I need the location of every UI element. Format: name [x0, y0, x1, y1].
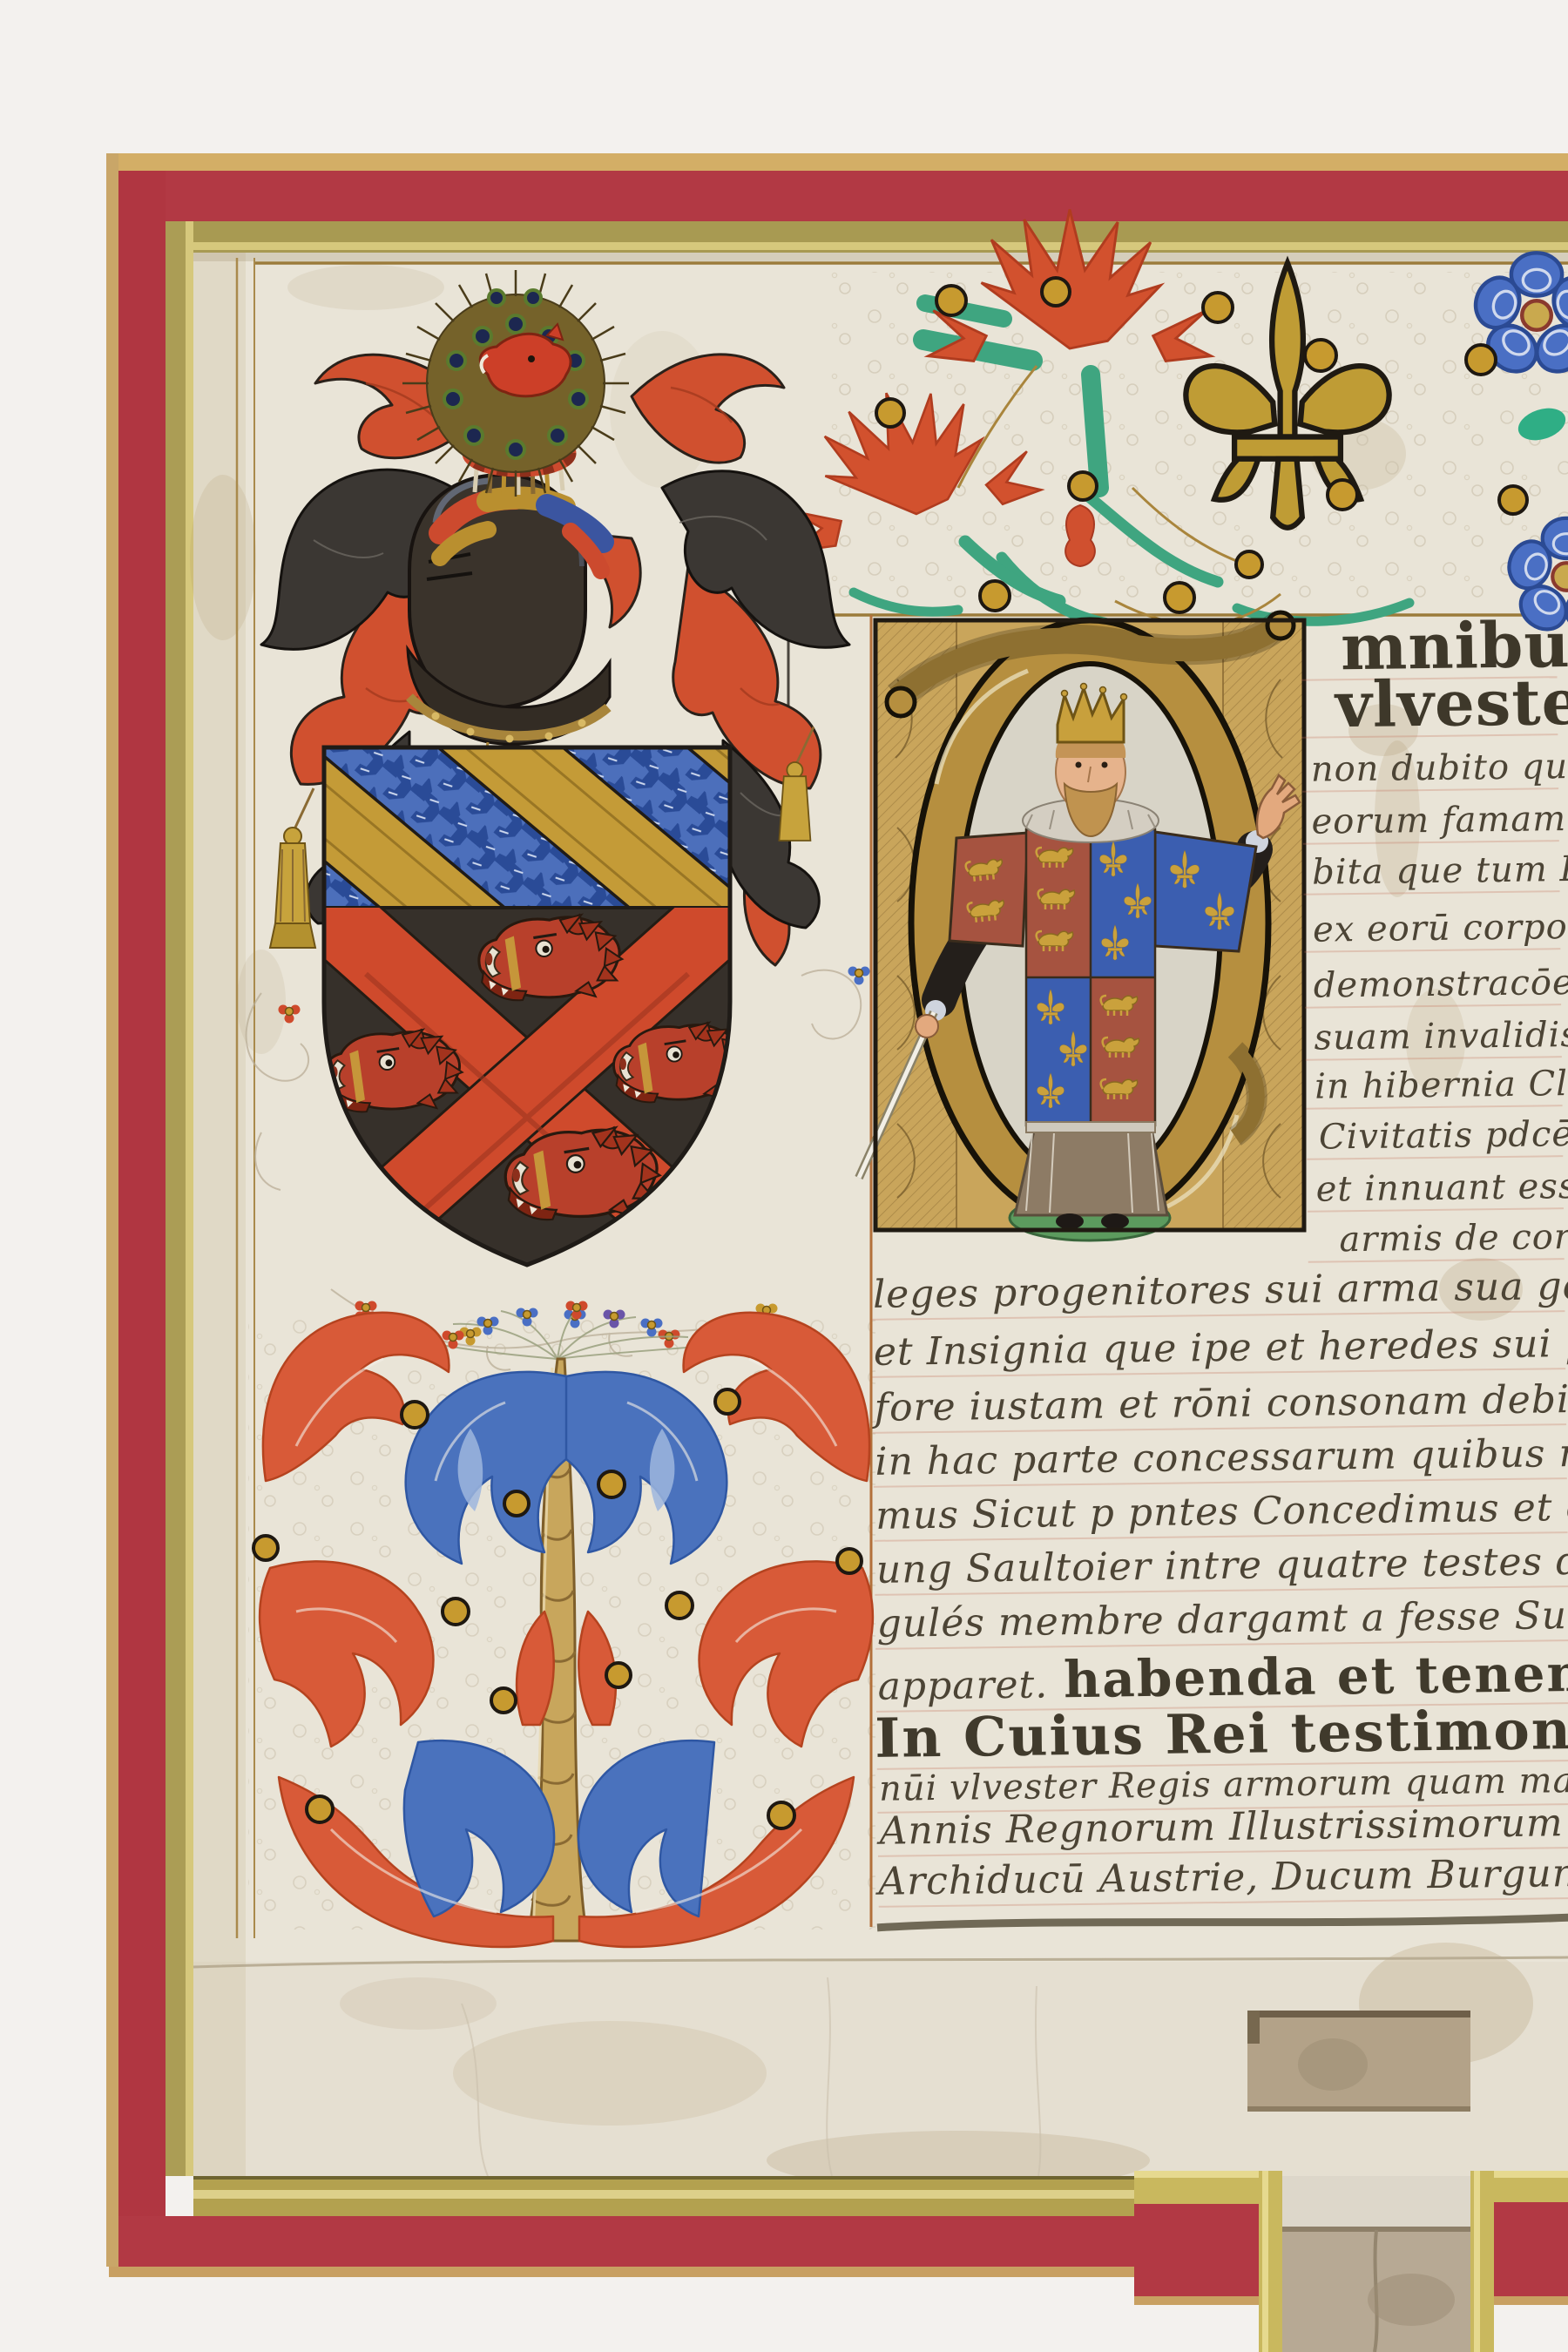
gold-trim-line-bottom: [109, 2267, 1134, 2277]
red-mat-bottom: [118, 2216, 1134, 2267]
gold-trim-line-left: [106, 153, 118, 2277]
white-mat-bottom: [0, 2277, 1134, 2352]
seal-slit: [1247, 2011, 1470, 2112]
fur-robe: [1015, 1119, 1167, 1215]
text-line: In Cuius Rei testimoniumNos: [875, 1695, 1568, 1770]
text-line: eorum famam et: [1311, 798, 1568, 841]
framed-manuscript-photo: mnibuset Si vlvesterp non dubito quo eor…: [0, 0, 1568, 2352]
text-line: vlvesterp: [1333, 664, 1568, 741]
text-line: armis de corall: [1339, 1216, 1568, 1260]
text-line: suam invalidiss: [1314, 1015, 1568, 1058]
text-line: non dubito quo: [1311, 747, 1568, 790]
gold-fillet-left-highlight: [186, 221, 193, 2176]
text-line: ex eorū corpo: [1313, 907, 1568, 950]
gold-fillet-bottom-edge: [193, 2176, 1134, 2180]
gold-trim-line-top: [106, 153, 1568, 171]
acanthus-ornament: [253, 1301, 873, 1947]
lower-aperture: [1134, 2171, 1568, 2352]
crest-peacock-plume: [402, 270, 629, 497]
red-mat-top: [118, 171, 1568, 221]
text-line: demonstracōe p: [1314, 962, 1568, 1005]
text-line: et innuant essē: [1315, 1166, 1568, 1210]
king-left-hand: [916, 1015, 938, 1037]
text-line: bita que tum Li: [1312, 849, 1568, 893]
main-text-block: leges progenitores sui arma sua gestaban…: [868, 1260, 1568, 1904]
text-line: Civitatis pdcē: [1319, 1114, 1568, 1158]
gold-fillet-bottom-highlight: [193, 2190, 1134, 2199]
bottom-frame: [0, 2171, 1568, 2352]
white-mat-bottom-left: [0, 2267, 109, 2352]
manuscript-scene: mnibuset Si vlvesterp non dubito quo eor…: [0, 0, 1568, 2352]
illuminated-initial-panel: [859, 612, 1304, 1240]
red-mat-left: [118, 171, 166, 2267]
text-line: in hibernia Cle: [1315, 1064, 1568, 1107]
red-bud: [1065, 505, 1095, 566]
gold-fillet-top-highlight: [166, 242, 1568, 250]
